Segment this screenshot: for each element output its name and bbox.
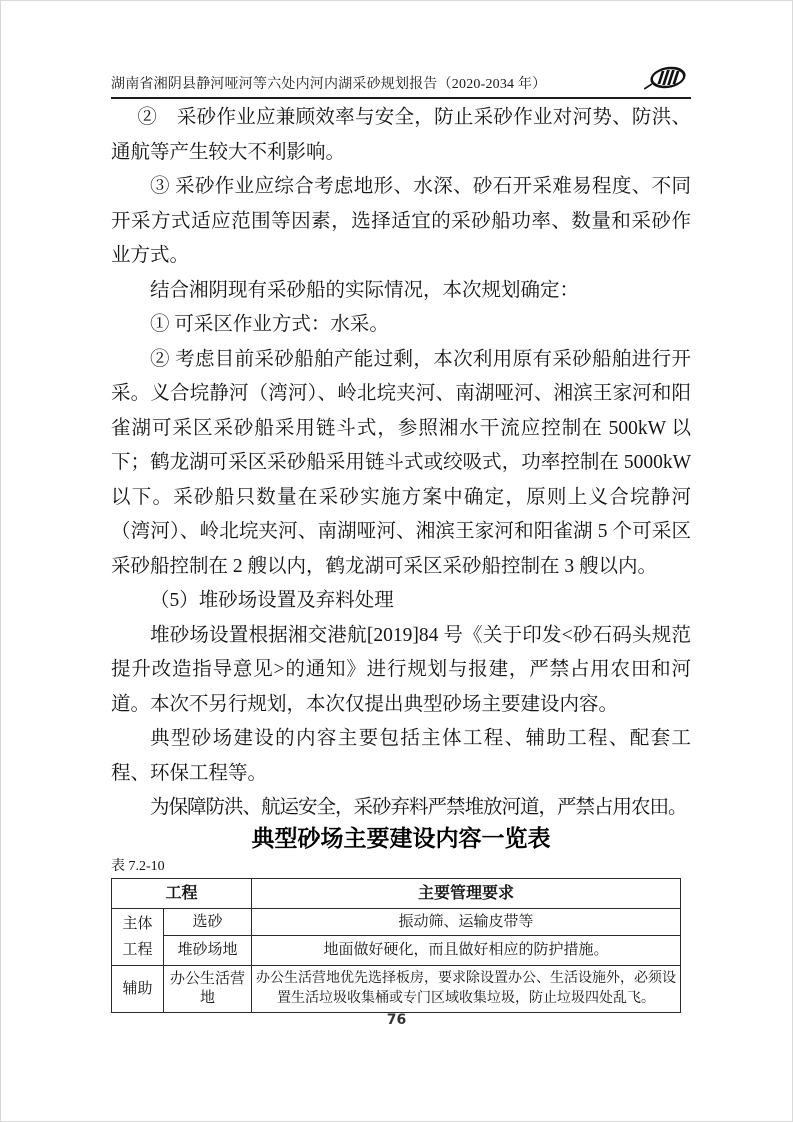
paragraph-considerations: ③ 采砂作业应综合考虑地形、水深、砂石开采难易程度、不同开采方式适应范围等因素，… <box>111 170 691 274</box>
page-number: 76 <box>1 1012 792 1028</box>
construction-table: 工程 主要管理要求 主体工程 选砂 振动筛、运输皮带等 堆砂场地 地面做好硬化，… <box>111 878 681 1013</box>
document-body: ② 采砂作业应兼顾效率与安全，防止采砂作业对河势、防洪、通航等产生较大不利影响。… <box>111 101 691 826</box>
paragraph-vessels: ② 考虑目前采砂船舶产能过剩，本次利用原有采砂船舶进行开采。义合垸静河（湾河）、… <box>111 343 691 585</box>
company-logo-icon <box>643 62 691 97</box>
table-cell-group-main: 主体工程 <box>112 909 164 966</box>
table-cell-group-aux: 辅助 <box>112 966 164 1013</box>
paragraph-planning-intro: 结合湘阴现有采砂船的实际情况，本次规划确定： <box>111 274 691 309</box>
table-row-sand-selection: 主体工程 选砂 振动筛、运输皮带等 <box>112 909 681 936</box>
table-cell-requirement: 振动筛、运输皮带等 <box>252 909 681 936</box>
table-row-office-camp: 辅助 办公生活营地 办公生活营地优先选择板房，要求除设置办公、生活设施外，必须设… <box>112 966 681 1013</box>
table-caption: 表 7.2-10 <box>111 859 691 875</box>
table-cell-item: 选砂 <box>164 909 252 936</box>
paragraph-mining-method: ① 可采区作业方式：水采。 <box>111 308 691 343</box>
table-section: 典型砂场主要建设内容一览表 表 7.2-10 工程 主要管理要求 主体工程 选砂… <box>111 821 691 1013</box>
header-title: 湖南省湘阴县静河哑河等六处内河内湖采砂规划报告（2020-2034 年） <box>111 77 546 97</box>
paragraph-construction-scope: 典型砂场建设的内容主要包括主体工程、辅助工程、配套工程、环保工程等。 <box>111 722 691 791</box>
paragraph-safety: ② 采砂作业应兼顾效率与安全，防止采砂作业对河势、防洪、通航等产生较大不利影响。 <box>111 101 691 170</box>
table-cell-item: 办公生活营地 <box>164 966 252 1013</box>
table-title: 典型砂场主要建设内容一览表 <box>111 821 691 855</box>
table-cell-requirement: 地面做好硬化，而且做好相应的防护措施。 <box>252 936 681 966</box>
paragraph-sandyard-regulation: 堆砂场设置根据湘交港航[2019]84 号《关于印发<砂石码头规范提升改造指导意… <box>111 619 691 723</box>
table-cell-requirement: 办公生活营地优先选择板房，要求除设置办公、生活设施外，必须设置生活垃圾收集桶或专… <box>252 966 681 1013</box>
table-header-project: 工程 <box>112 879 252 909</box>
table-header-requirements: 主要管理要求 <box>252 879 681 909</box>
paragraph-heading-sandyard: （5）堆砂场设置及弃料处理 <box>111 584 691 619</box>
document-page: 湖南省湘阴县静河哑河等六处内河内湖采砂规划报告（2020-2034 年） ② 采… <box>0 0 793 1122</box>
table-header-row: 工程 主要管理要求 <box>112 879 681 909</box>
table-cell-item: 堆砂场地 <box>164 936 252 966</box>
table-row-stockyard: 堆砂场地 地面做好硬化，而且做好相应的防护措施。 <box>112 936 681 966</box>
document-header: 湖南省湘阴县静河哑河等六处内河内湖采砂规划报告（2020-2034 年） <box>111 59 691 99</box>
